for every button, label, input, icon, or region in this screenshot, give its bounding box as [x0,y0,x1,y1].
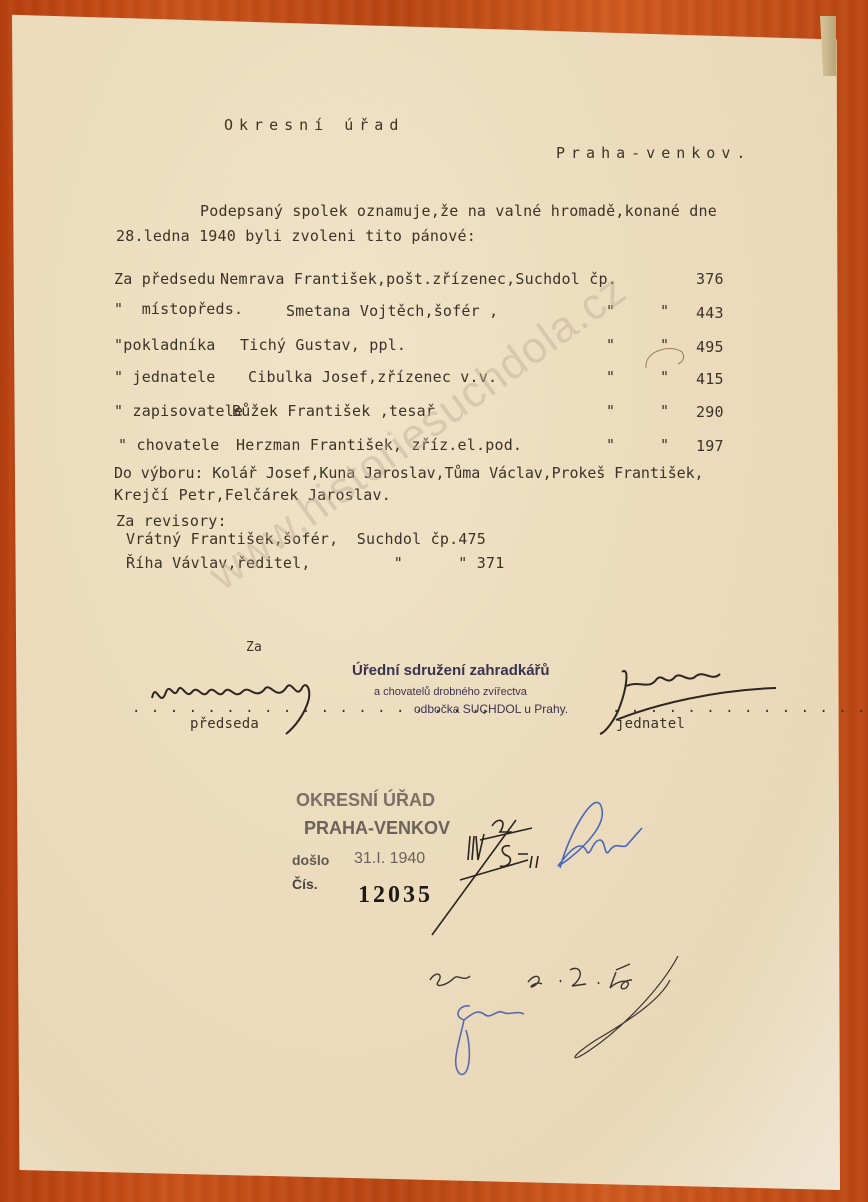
house-number: 376 [696,270,724,288]
ditto-mark: " [606,336,615,354]
received-date: 31.I. 1940 [354,850,425,868]
officer-role: " jednatele [114,368,216,386]
club-stamp-line-1: Úřední sdružení zahradkářů [352,662,550,679]
secretary-signature [596,660,796,740]
auditors-heading: Za revisory: [116,512,227,530]
office-stamp-line-1: OKRESNÍ ÚŘAD [296,790,435,811]
officer-role: " chovatele [118,436,220,454]
handwritten-note [420,940,720,1080]
received-label: došlo [292,852,329,868]
officer-role: " zapisovatele [114,402,243,420]
addressee-district: Praha-venkov. [556,144,751,162]
officer-role: "pokladníka [114,336,216,354]
house-number: 197 [696,437,724,455]
house-number: 290 [696,403,724,421]
number-label: Čís. [292,876,318,892]
club-stamp-line-2: a chovatelů drobného zvířectva [374,686,527,698]
auditor-row: Říha Vávlav,ředitel, " " 371 [126,554,504,572]
officer-role: " místopředs. [114,300,243,318]
ditto-mark: " [606,436,615,454]
officer-name: Tichý Gustav, ppl. [240,336,406,354]
ditto-mark: " [606,402,615,420]
officer-role: Za předsedu [114,270,216,288]
addressee-office: Okresní úřad [224,116,404,134]
officer-name: Smetana Vojtěch,šofér , [286,302,498,320]
chairman-signature [146,670,366,740]
house-number: 443 [696,304,724,322]
ditto-mark: " [660,402,669,420]
officer-name: Nemrava František,pošt.zřízenec,Suchdol … [220,270,617,288]
ditto-mark: " [660,302,669,320]
intro-line-1: Podepsaný spolek oznamuje,že na valné hr… [200,202,717,220]
ditto-mark: " [660,436,669,454]
pencil-mark [642,344,692,374]
ditto-mark: " [606,368,615,386]
za-label: Za [246,640,262,655]
house-number: 415 [696,370,724,388]
house-number: 495 [696,338,724,356]
intro-line-2: 28.ledna 1940 byli zvoleni tito pánové: [116,227,476,245]
handwritten-reference [420,790,660,940]
